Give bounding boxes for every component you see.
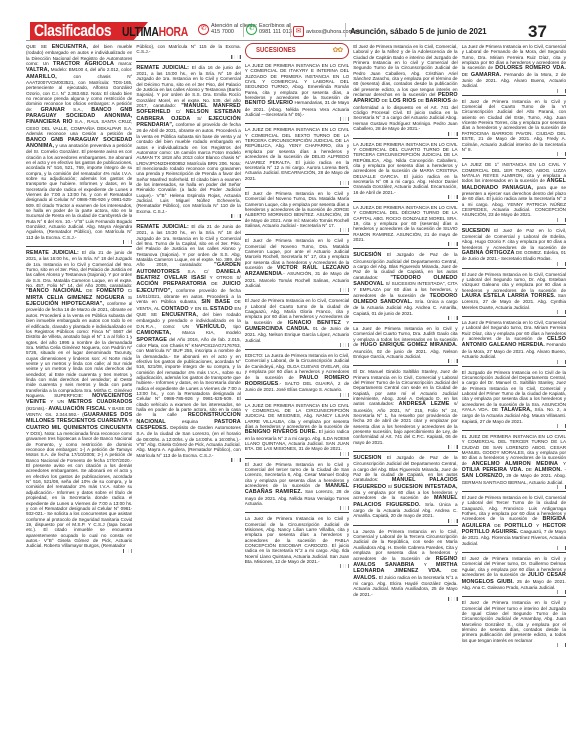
section-title: Clasificados xyxy=(34,21,111,41)
legal-notice: SUCESIÓN El Juzgado de Paz de la Circuns… xyxy=(353,251,457,323)
page-number: 37 xyxy=(528,22,547,42)
notice-code-tag: ███ xyxy=(245,117,349,121)
legal-notice: El Juez de Primera Instancia en lo Civil… xyxy=(462,599,566,649)
notice-text: El Juez de Primera Instancia en lo Civil… xyxy=(462,556,566,590)
notice-text: El Juez de Primera Instancia en lo Civil… xyxy=(245,191,349,228)
section-label: SUCESIONES xyxy=(256,48,296,53)
notice-code-tag: ███ xyxy=(462,89,566,93)
notice-text: El Juez de Primera Instancia en lo Civil… xyxy=(245,462,349,507)
column-1: QUE SE ENCUENTRA, del bien mueble (rodad… xyxy=(26,43,132,751)
column-4: El Juez de Primera Instancia en lo Civil… xyxy=(353,43,457,751)
notice-text: La Juez de Primera Instancia en lo Civil… xyxy=(462,320,566,359)
column-2: Público), con Matrícula N° 115 de la Exc… xyxy=(136,43,240,751)
legal-notice: SUCESION El Juzgado de Paz de la Circuns… xyxy=(353,454,457,526)
notice-code-tag: ███ xyxy=(462,218,566,222)
notice-text: SUCESION El Juez de Paz en lo Civil, Com… xyxy=(462,228,566,262)
notice-text: LA JUEZ DE PRIMERA INSTANCIA EN LO CIVIL… xyxy=(245,403,349,452)
notice-text: LA JUEZ DE PRIMERA INSTANCIA EN LO CIVIL… xyxy=(245,63,349,117)
notice-text: LA JUEZA DE PRIMERA INSTANCIA EN LO CIVI… xyxy=(353,142,457,195)
notice-text: LA JUEZ DE 1° INSTANCIA EN LO CIVIL Y CO… xyxy=(462,162,566,217)
notice-code-tag: ███ xyxy=(136,55,240,59)
notice-text: El Juez de Primera Instancia en lo Civil… xyxy=(245,298,349,343)
notice-code-tag: ███ xyxy=(136,458,240,462)
legal-notice: El Juez de Primera Instancia en lo Civil… xyxy=(245,461,349,514)
notice-code-tag: ███ xyxy=(245,181,349,185)
legal-notice: LA JUEZ DE 1° INSTANCIA EN LO CIVIL Y CO… xyxy=(462,161,566,224)
notice-code-tag: ███ xyxy=(353,445,457,449)
notice-text: REMATE JUDICIAL: El día 21 de junio de 2… xyxy=(26,250,132,549)
notice-text: El Juez de Primera Instancia en lo Civil… xyxy=(462,600,566,643)
notice-code-tag: ███ xyxy=(462,262,566,266)
notice-text: LA JUEZA DE PRIMERA INSTANCIA EN LO CIVI… xyxy=(353,205,457,242)
notice-code-tag: ███ xyxy=(353,316,457,320)
legal-notice: LA JUEZ DE PRIMERA INSTANCIA EN LO CIVIL… xyxy=(245,402,349,459)
notice-code-tag: ███ xyxy=(136,214,240,218)
legal-notice: El Dr. Manuel Giraldo Saltillán Stanley,… xyxy=(353,368,457,452)
notice-code-tag: ███ xyxy=(462,152,566,156)
legal-notice: La Jueza de Primera Instancia en lo Civi… xyxy=(353,528,457,603)
notice-text: El Juez de Primera Instancia en lo Civil… xyxy=(353,44,457,132)
notice-code-tag: ███ xyxy=(26,240,132,244)
legal-notice: La Juez de Primera Instancia en lo Civil… xyxy=(353,325,457,366)
classifieds-columns: QUE SE ENCUENTRA, del bien mueble (rodad… xyxy=(26,43,566,751)
brand-part-a: ULTIMA xyxy=(122,24,159,39)
notice-code-tag: ███ xyxy=(462,310,566,314)
notice-text: EL JUEZ DE PRIMERA INSTANCIA EN LO CIVIL… xyxy=(462,434,566,485)
legal-notice: El Juez de Primera Instancia en lo Civil… xyxy=(462,555,566,597)
brand-part-b: HORA xyxy=(159,24,188,39)
email-icon: ✉ xyxy=(293,26,304,37)
masthead: Clasificados ULTIMAHORA ✆ Atención al cl… xyxy=(0,0,580,40)
notice-text: El Juez de Primera Instancia en lo Civil… xyxy=(245,238,349,288)
notice-code-tag: ███ xyxy=(462,590,566,594)
divider xyxy=(290,23,291,37)
notice-code-tag: ███ xyxy=(462,360,566,364)
notice-text: LA JUEZ DE PRIMERA INSTANCIA EN LO CIVIL… xyxy=(245,127,349,180)
notice-code-tag: ███ xyxy=(462,424,566,428)
contact-value: 0981 111 013 xyxy=(259,29,292,35)
notice-code-tag: ███ xyxy=(353,242,457,246)
notice-code-tag: ███ xyxy=(353,519,457,523)
notice-text: El Dr. Manuel Giraldo Saltillán Stanley,… xyxy=(353,369,457,445)
notice-text: EDICTO: La Jueza de Primera Instancia en… xyxy=(245,353,349,392)
whatsapp-icon: ✆ xyxy=(246,24,257,35)
notice-code-tag: ███ xyxy=(462,643,566,647)
notice-text: QUE SE ENCUENTRA, del bien mueble (rodad… xyxy=(26,44,132,240)
legal-notice: El Juez de Primera Instancia en lo Civil… xyxy=(462,494,566,553)
notice-code-tag: ███ xyxy=(245,506,349,510)
notice-code-tag: ███ xyxy=(245,564,349,568)
legal-notice: El Juez de Primera Instancia en lo Civil… xyxy=(462,271,566,317)
legal-notice: QUE SE ENCUENTRA, del bien mueble (rodad… xyxy=(26,43,132,247)
notice-text: El Juez de Primera Instancia en lo Civil… xyxy=(462,272,566,310)
notice-text: Público), con Matrícula N° 115 de la Exc… xyxy=(136,44,240,55)
legal-notice: Público), con Matrícula N° 115 de la Exc… xyxy=(136,43,240,62)
divider xyxy=(243,23,244,37)
notice-text: REMATE JUDICIAL: El día 21 de Junio de 2… xyxy=(136,224,240,458)
legal-notice: LA JUEZ DE PRIMERA INSTANCIA EN LO CIVIL… xyxy=(245,126,349,187)
notice-code-tag: ███ xyxy=(353,195,457,199)
legal-notice: SUCESION El Juez de Paz en lo Civil, Com… xyxy=(462,227,566,269)
legal-notice: El Juez de Primera Instancia en lo Civil… xyxy=(245,237,349,295)
notice-text: SUCESIÓN El Juzgado de Paz de la Circuns… xyxy=(353,252,457,316)
legal-notice: LA JUEZ DE PRIMERA INSTANCIA EN LO CIVIL… xyxy=(245,62,349,124)
notice-text: El Juzgado de Primera Instancia en lo Ci… xyxy=(462,370,566,424)
legal-notice: El Juez de Primera Instancia en lo Civil… xyxy=(245,297,349,350)
legal-notice: La Juez de Primera Instancia en lo Civil… xyxy=(462,319,566,366)
notice-code-tag: ███ xyxy=(462,485,566,489)
notice-text: La Juez de Primera Instancia en lo Civil… xyxy=(462,44,566,89)
notice-code-tag: ███ xyxy=(462,546,566,550)
legal-notice: El Juez de Primera Instancia en lo Civil… xyxy=(245,190,349,235)
notice-text: El Juez de Primera Instancia en lo Civil… xyxy=(462,495,566,546)
legal-notice: EDICTO: La Jueza de Primera Instancia en… xyxy=(245,352,349,399)
legal-notice: LA JUEZA DE PRIMERA INSTANCIA EN LO CIVI… xyxy=(353,204,457,249)
column-5: La Juez de Primera Instancia en lo Civil… xyxy=(462,43,566,751)
notice-code-tag: ███ xyxy=(245,228,349,232)
sucesiones-section-header: SUCESIONES ✿✿ xyxy=(245,43,349,59)
notice-code-tag: ███ xyxy=(245,288,349,292)
phone-icon: ✆ xyxy=(198,24,209,35)
notice-code-tag: ███ xyxy=(26,549,132,553)
legal-notice: REMATE JUDICIAL: El día 21 de Junio de 2… xyxy=(136,223,240,464)
legal-notice: EL JUEZ DE PRIMERA INSTANCIA EN LO CIVIL… xyxy=(462,433,566,492)
column-3: SUCESIONES ✿✿ LA JUEZ DE PRIMERA INSTANC… xyxy=(245,43,349,751)
whatsapp-contact: ✆ Escríbinos al0981 111 013 xyxy=(246,23,292,35)
notice-text: SUCESION El Juzgado de Paz de la Circuns… xyxy=(353,455,457,519)
legal-notice: LA JUEZA DE PRIMERA INSTANCIA EN LO CIVI… xyxy=(353,141,457,202)
legal-notice: El Juzgado de Primera Instancia en lo Ci… xyxy=(462,369,566,431)
legal-notice: La Juez de Primera Instancia en lo Civil… xyxy=(462,43,566,96)
notice-code-tag: ███ xyxy=(353,359,457,363)
notice-text: La Jueza de Primera Instancia en lo Civi… xyxy=(353,529,457,597)
notice-text: REMATE JUDICIAL: El día 16 de junio de 2… xyxy=(136,65,240,214)
notice-code-tag: ███ xyxy=(245,452,349,456)
legal-notice: REMATE JUDICIAL: El día 21 de junio de 2… xyxy=(26,249,132,555)
notice-text: El Juez de Primera Instancia en lo Civil… xyxy=(462,99,566,152)
brand-logo: ULTIMAHORA xyxy=(122,24,188,39)
legal-notice: REMATE JUDICIAL: El día 16 de junio de 2… xyxy=(136,64,240,221)
notice-text: La Juez de Primera Instancia en lo Civil… xyxy=(245,516,349,564)
notice-code-tag: ███ xyxy=(353,132,457,136)
notice-text: La Juez de Primera Instancia en lo Civil… xyxy=(353,326,457,359)
legal-notice: La Juez de Primera Instancia en lo Civil… xyxy=(245,515,349,570)
header-rule xyxy=(26,40,566,41)
contact-value: 415 7000 xyxy=(211,29,234,35)
issue-date: Asunción, sábado 5 de junio de 2021 xyxy=(350,27,487,36)
flowers-icon: ✿✿ xyxy=(332,48,342,53)
notice-code-tag: ███ xyxy=(353,597,457,601)
notice-code-tag: ███ xyxy=(245,343,349,347)
notice-code-tag: ███ xyxy=(245,393,349,397)
legal-notice: El Juez de Primera Instancia en lo Civil… xyxy=(353,43,457,139)
legal-notice: El Juez de Primera Instancia en lo Civil… xyxy=(462,98,566,159)
divider xyxy=(345,23,346,37)
